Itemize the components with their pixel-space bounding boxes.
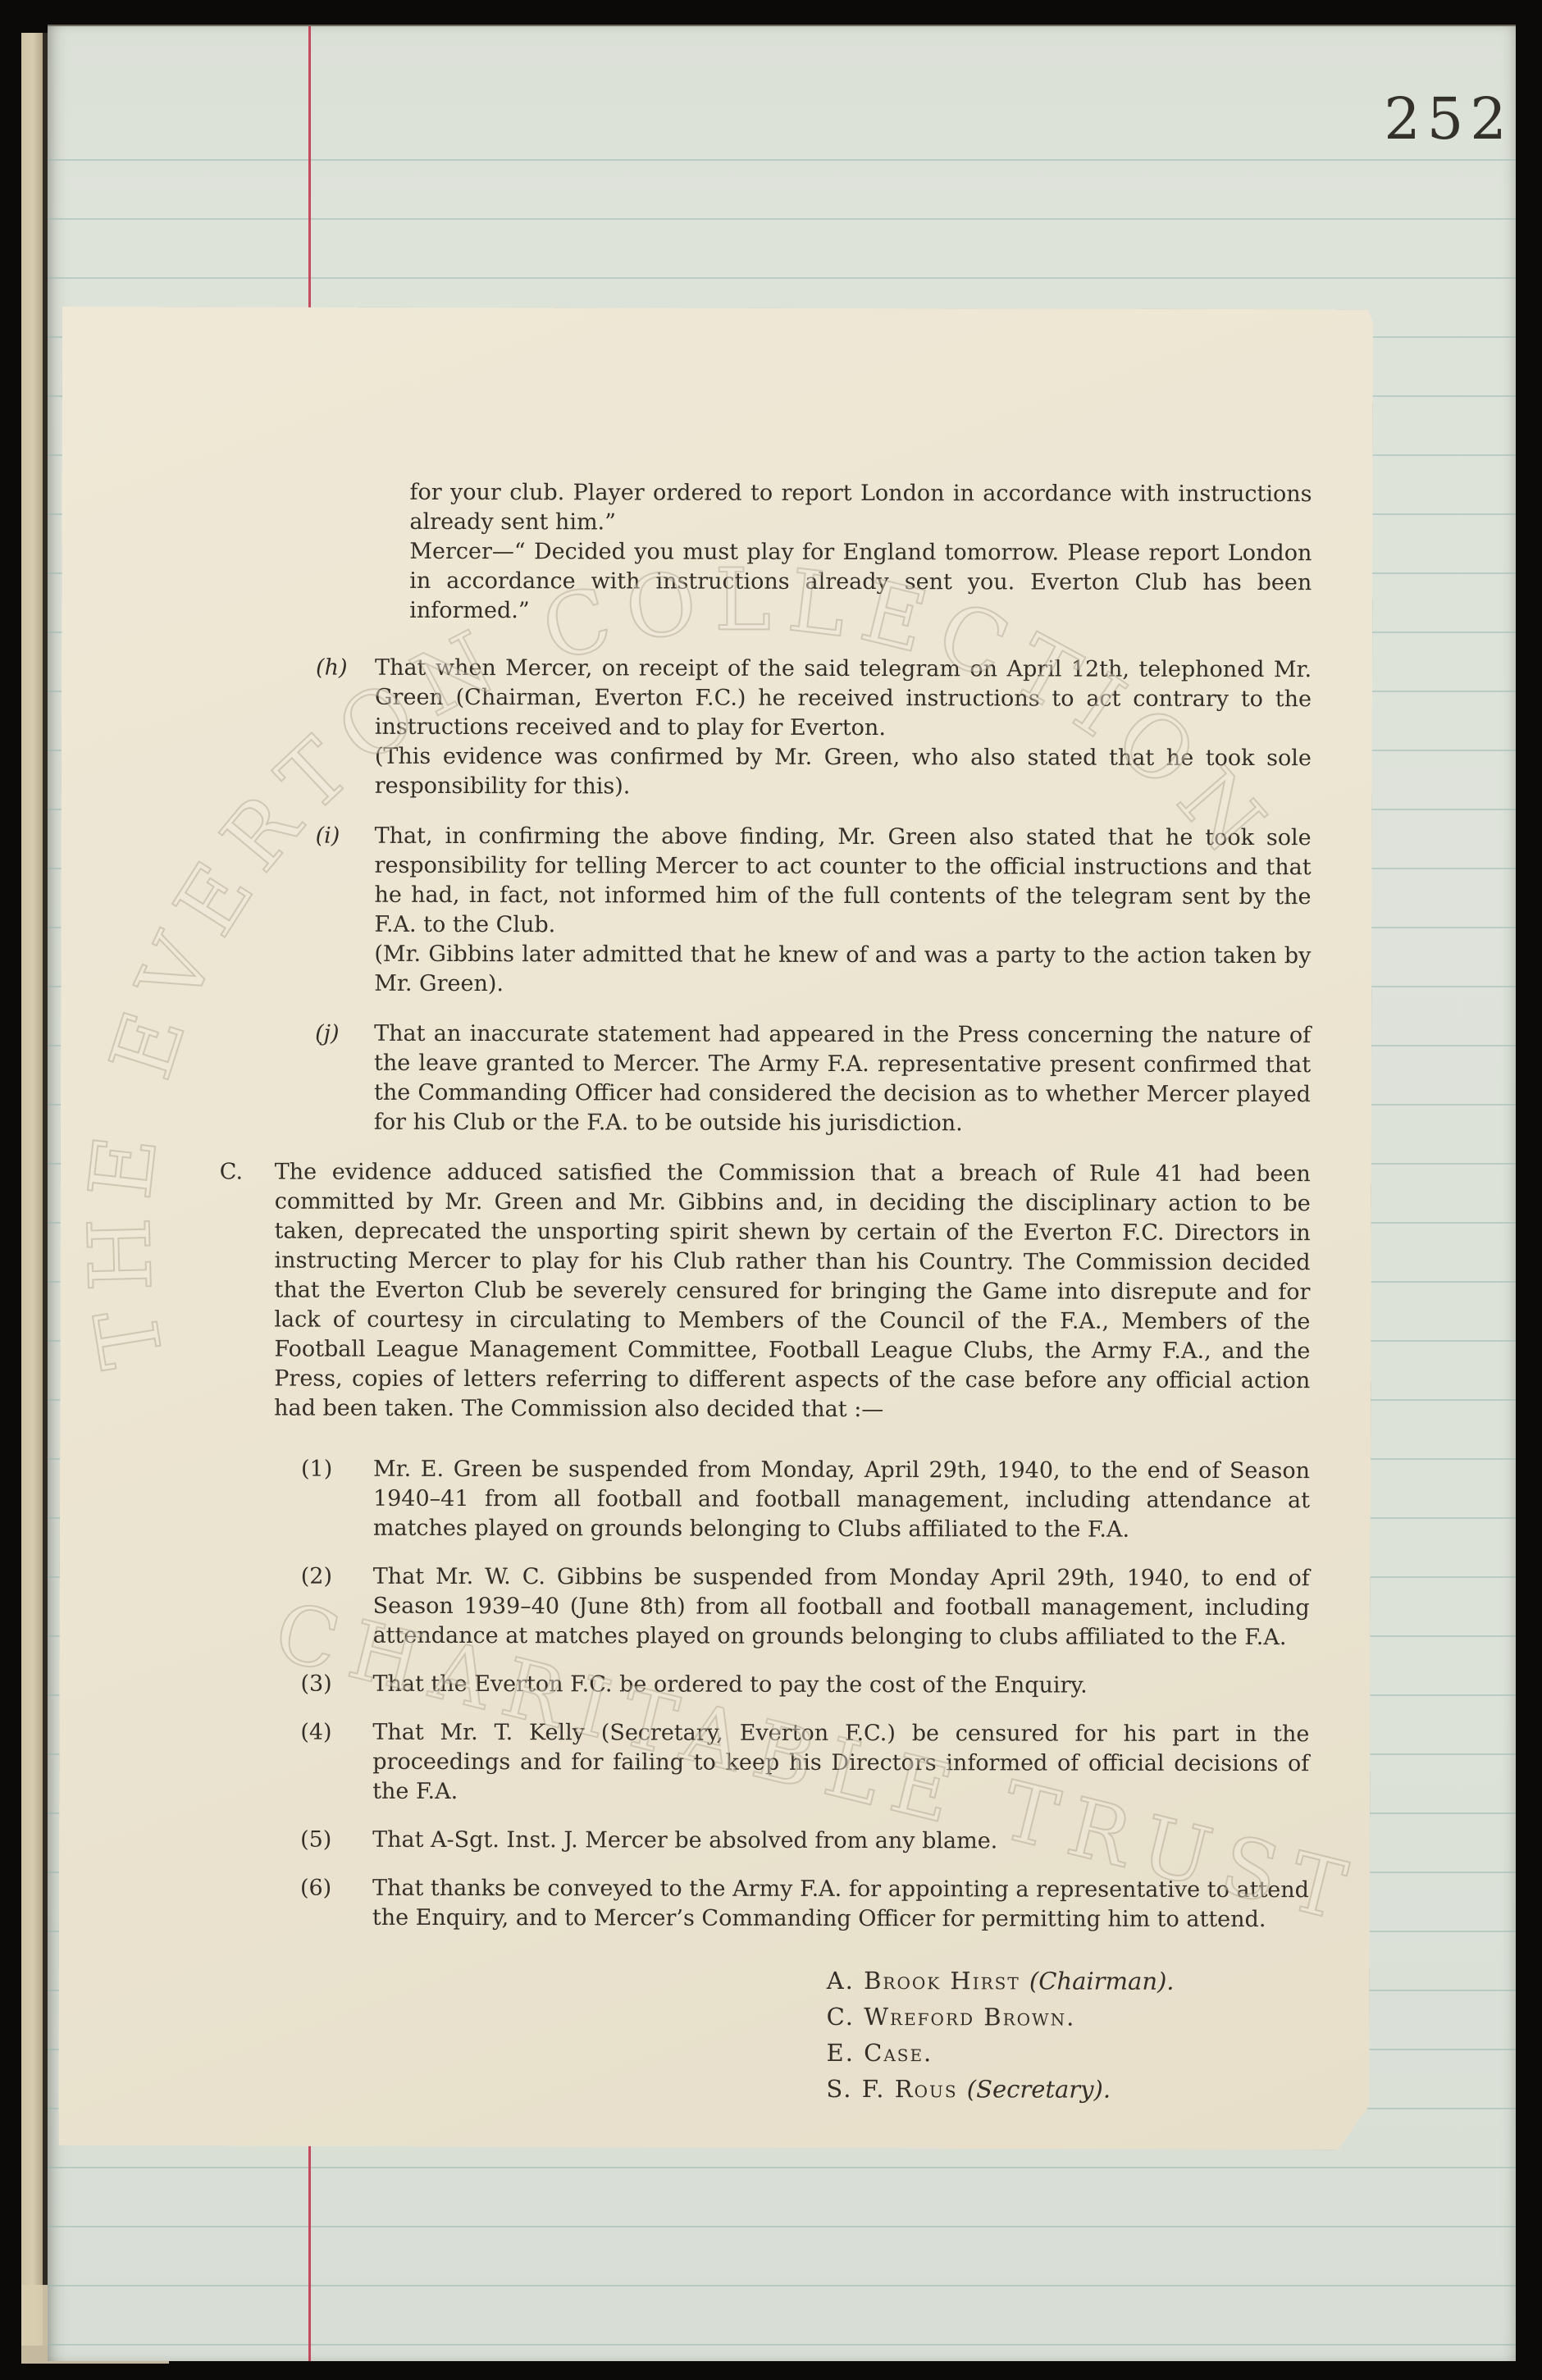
decision-text: That Mr. T. Kelly (Secretary, Everton F.… <box>372 1718 1309 1808</box>
decision-item-5: (5) That A-Sgt. Inst. J. Mercer be absol… <box>218 1825 1309 1857</box>
signature-role: (Chairman). <box>1029 1967 1175 1995</box>
finding-text: That when Mercer, on receipt of the said… <box>375 654 1312 744</box>
section-c-text: The evidence adduced satisfied the Commi… <box>274 1158 1311 1426</box>
signature-name: E. Case. <box>827 2039 933 2067</box>
finding-item-h: (h) That when Mercer, on receipt of the … <box>221 653 1312 803</box>
decision-text: That thanks be conveyed to the Army F.A.… <box>372 1874 1309 1935</box>
decision-text: Mr. E. Green be suspended from Monday, A… <box>373 1455 1310 1545</box>
signature-row: A. Brook Hirst (Chairman). <box>827 1967 1309 1996</box>
decision-label: (2) <box>301 1562 332 1592</box>
decision-text: That A-Sgt. Inst. J. Mercer be absolved … <box>372 1826 1309 1857</box>
finding-item-j: (j) That an inaccurate statement had app… <box>220 1019 1311 1139</box>
signature-name: A. Brook Hirst <box>827 1967 1029 1995</box>
decision-item-4: (4) That Mr. T. Kelly (Secretary, Everto… <box>218 1717 1309 1808</box>
signature-row: E. Case. <box>827 2039 1309 2068</box>
decision-label: (1) <box>301 1455 332 1484</box>
telegram-quote-line2: Mercer—“ Decided you must play for Engla… <box>409 537 1312 627</box>
finding-text: That an inaccurate statement had appeare… <box>374 1019 1311 1139</box>
finding-label: (h) <box>316 654 348 683</box>
decision-label: (5) <box>300 1826 331 1855</box>
finding-text: That, in confirming the above finding, M… <box>374 822 1311 942</box>
finding-item-i: (i) That, in confirming the above findin… <box>220 821 1311 1001</box>
finding-label: (i) <box>316 822 340 851</box>
telegram-quote-line1: for your club. Player ordered to report … <box>409 478 1312 539</box>
decision-item-2: (2) That Mr. W. C. Gibbins be suspended … <box>219 1562 1310 1653</box>
section-c: C. The evidence adduced satisfied the Co… <box>219 1157 1311 1425</box>
document-content: for your club. Player ordered to report … <box>217 477 1312 2112</box>
pasted-typescript-sheet: for your club. Player ordered to report … <box>58 307 1373 2150</box>
decision-label: (4) <box>300 1718 331 1748</box>
signature-row: S. F. Rous (Secretary). <box>826 2075 1308 2104</box>
finding-note: (Mr. Gibbins later admitted that he knew… <box>374 940 1311 1001</box>
signature-name: C. Wreford Brown. <box>827 2003 1076 2031</box>
decision-text: That the Everton F.C. be ordered to pay … <box>372 1670 1309 1701</box>
telegram-quote: for your club. Player ordered to report … <box>409 478 1312 627</box>
decision-item-3: (3) That the Everton F.C. be ordered to … <box>218 1669 1309 1701</box>
decision-text: That Mr. W. C. Gibbins be suspended from… <box>373 1562 1310 1653</box>
signature-row: C. Wreford Brown. <box>827 2003 1309 2032</box>
decision-item-6: (6) That thanks be conveyed to the Army … <box>218 1873 1309 1935</box>
section-c-label: C. <box>220 1157 243 1187</box>
finding-label: (j) <box>315 1019 340 1049</box>
finding-note: (This evidence was confirmed by Mr. Gree… <box>375 742 1312 803</box>
decision-label: (3) <box>300 1670 331 1699</box>
signature-name: S. F. Rous <box>826 2075 966 2103</box>
decision-item-1: (1) Mr. E. Green be suspended from Monda… <box>219 1454 1310 1545</box>
previous-page-fore-edge <box>21 33 48 2346</box>
signature-block: A. Brook Hirst (Chairman). C. Wreford Br… <box>826 1967 1308 2104</box>
page-number: 252 <box>1366 85 1531 153</box>
signature-role: (Secretary). <box>967 2075 1111 2103</box>
decision-label: (6) <box>300 1874 331 1904</box>
